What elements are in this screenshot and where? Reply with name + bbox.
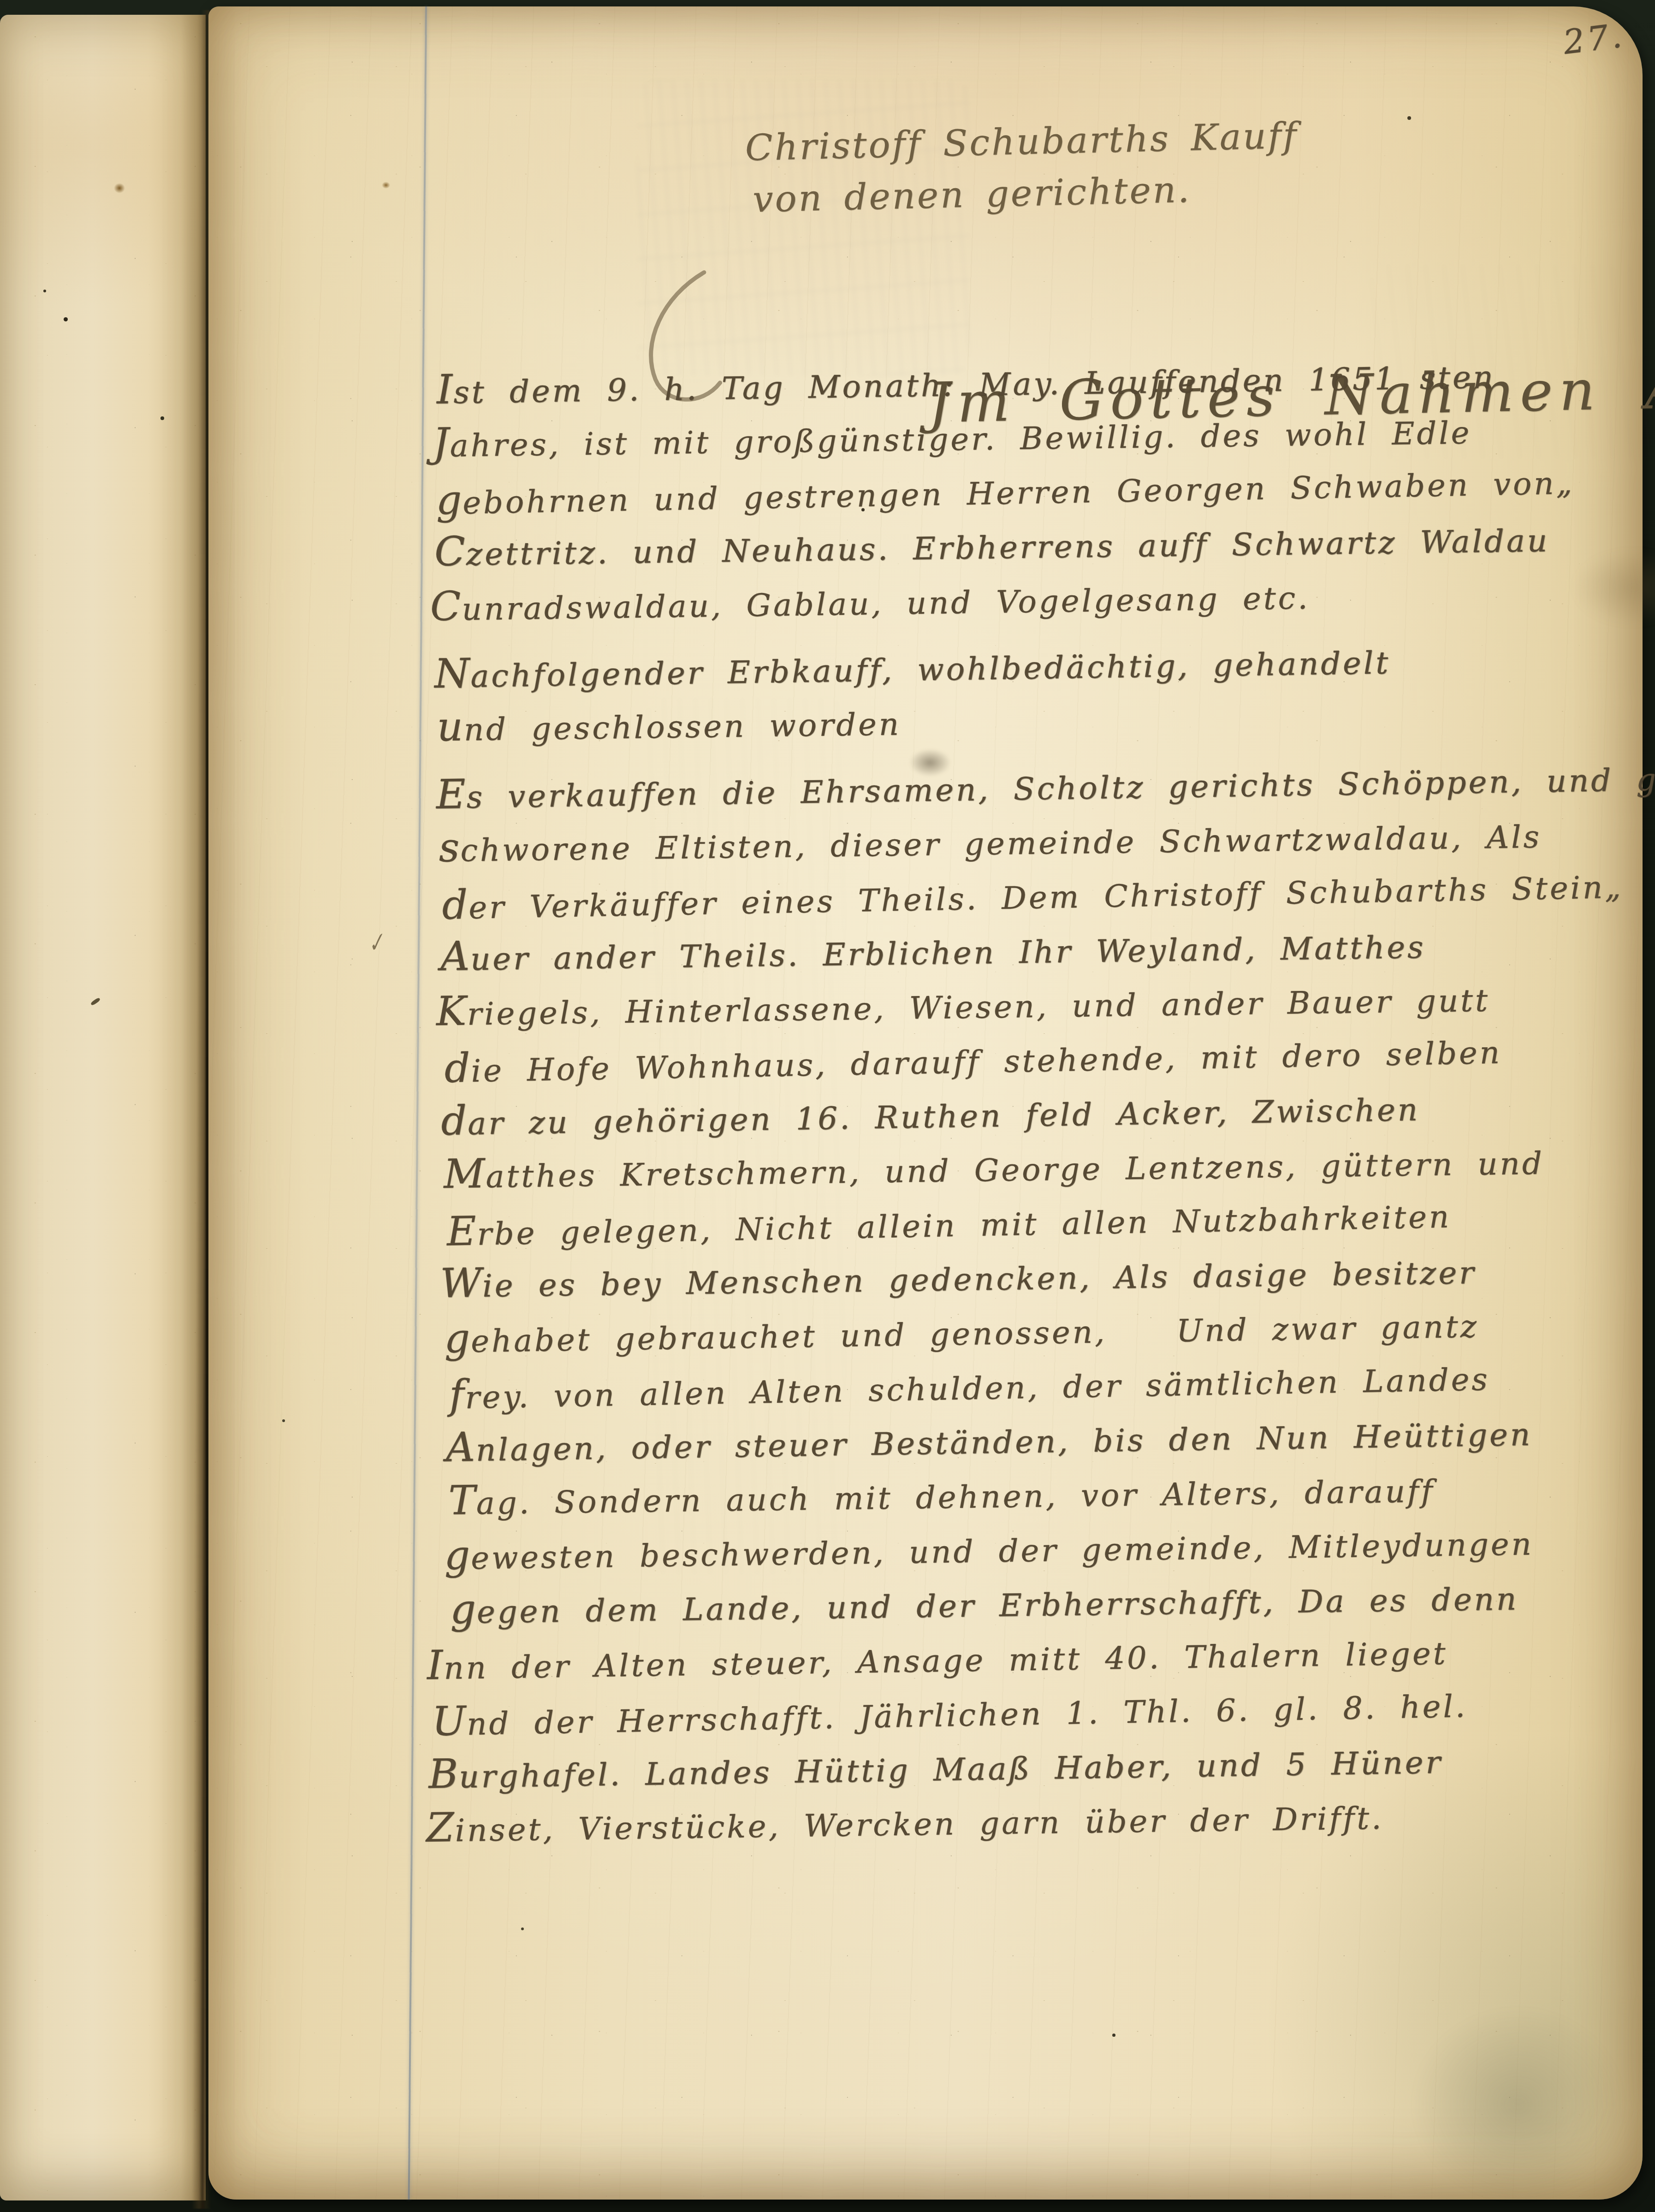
paragraph-date-preamble: Ist dem 9. h. Tag Monath: May. Lauffende… (430, 345, 1614, 635)
paragraph-contract-body: Es verkauffen die Ehrsamen, Scholtz geri… (436, 750, 1632, 1856)
paragraph-contract-opening: Nachfolgender Erbkauff, wohlbedächtig, g… (434, 629, 1616, 755)
record-heading: Christoff Schubarths Kauff von denen ger… (745, 110, 1300, 225)
folio-number: 27. (1561, 16, 1626, 62)
record-body: Ist dem 9. h. Tag Monath: May. Lauffende… (430, 345, 1632, 1856)
stain (1412, 2008, 1624, 2201)
manuscript-page: 27. Christoff Schubarths Kauff von denen… (208, 6, 1643, 2200)
manuscript-scan: 27. Christoff Schubarths Kauff von denen… (0, 0, 1655, 2212)
margin-rule-line (408, 6, 427, 2200)
facing-page-edge (0, 15, 206, 2200)
